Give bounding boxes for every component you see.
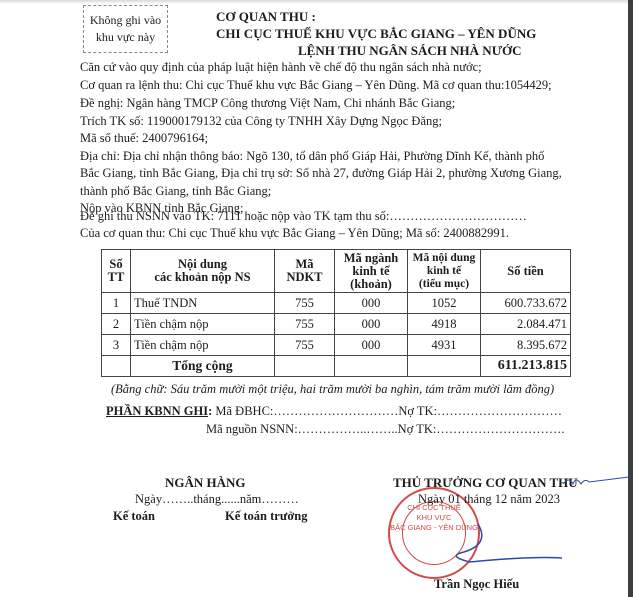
agency-name: CHI CỤC THUẾ KHU VỰC BẮC GIANG – YÊN DŨN… — [216, 26, 536, 42]
table-row: 2 Tiền chậm nộp 755 000 4918 2.084.471 — [102, 314, 571, 335]
reserved-area-line2: khu vực này — [84, 29, 167, 46]
body-line: Trích TK số: 119000179132 của Công ty TN… — [80, 114, 442, 129]
bank-date-line: Ngày……..tháng......năm……… — [135, 492, 299, 507]
kbnn-label: PHẦN KBNN GHI — [106, 404, 208, 418]
viewer-edge — [628, 0, 633, 597]
col-amount: Số tiền — [481, 250, 571, 293]
payment-table: SốTT Nội dungcác khoản nộp NS MãNDKT Mã … — [101, 249, 571, 377]
kbnn-line2: Mã nguồn NSNN:……………..……..Nợ TK:………………………… — [206, 422, 564, 437]
reserved-area-line1: Không ghi vào — [84, 12, 167, 29]
bank-title: NGÂN HÀNG — [165, 475, 246, 491]
reserved-area-box: Không ghi vào khu vực này — [83, 5, 168, 53]
body-line: Đề nghị: Ngân hàng TMCP Công thương Việt… — [80, 96, 455, 111]
bank-chief-accountant: Kế toán trưởng — [225, 509, 307, 524]
document-title: LỆNH THU NGÂN SÁCH NHÀ NƯỚC — [298, 43, 522, 59]
col-tieu-muc: Mã nội dungkinh tế(tiểu mục) — [408, 250, 481, 293]
top-shadow — [0, 0, 633, 4]
total-amount: 611.213.815 — [481, 356, 571, 377]
table-row: 3 Tiền chậm nộp 755 000 4931 8.395.672 — [102, 335, 571, 356]
col-stt: SốTT — [102, 250, 131, 293]
agency-sign-title: THỦ TRƯỞNG CƠ QUAN THU — [393, 475, 578, 491]
kbnn-line1: PHẦN KBNN GHI: Mã ĐBHC:…………………………Nợ TK:…… — [106, 404, 562, 419]
agency-label: CƠ QUAN THU : — [216, 9, 316, 25]
body-line: Địa chỉ: Địa chỉ nhận thông báo: Ngõ 130… — [80, 149, 544, 164]
body-line: Cơ quan ra lệnh thu: Chi cục Thuế khu vự… — [80, 78, 552, 93]
table-total-row: Tổng cộng 611.213.815 — [102, 356, 571, 377]
col-khoan: Mã ngànhkinh tế(khoản) — [335, 250, 408, 293]
col-ndkt: MãNDKT — [275, 250, 335, 293]
body-line: Bắc Giang, tỉnh Bắc Giang, Địa chỉ trụ s… — [80, 166, 562, 181]
amount-in-words: (Bằng chữ: Sáu trăm mười một triệu, hai … — [111, 382, 554, 397]
body-line: thành phố Bắc Giang, tỉnh Bắc Giang; — [80, 184, 271, 199]
stamp-text: CHI CỤC THUẾ KHU VỰC BẮC GIANG - YÊN DŨN… — [390, 503, 478, 533]
bank-accountant: Kế toán — [113, 509, 155, 524]
table-row: 1 Thuế TNDN 755 000 1052 600.733.672 — [102, 293, 571, 314]
body-line: Căn cứ vào quy định của pháp luật hiện h… — [80, 60, 482, 75]
agency-sign-date: Ngày 01 tháng 12 năm 2023 — [418, 492, 560, 507]
col-content: Nội dungcác khoản nộp NS — [131, 250, 275, 293]
body-line: Để ghi thu NSNN vào TK: 7111 hoặc nộp và… — [80, 209, 527, 224]
table-header-row: SốTT Nội dungcác khoản nộp NS MãNDKT Mã … — [102, 250, 571, 293]
body-line: Của cơ quan thu: Chi cục Thuế khu vực Bắ… — [80, 226, 509, 241]
body-line: Mã số thuế: 2400796164; — [80, 131, 208, 146]
signer-name: Trần Ngọc Hiếu — [434, 577, 519, 592]
total-label: Tổng cộng — [131, 356, 275, 377]
